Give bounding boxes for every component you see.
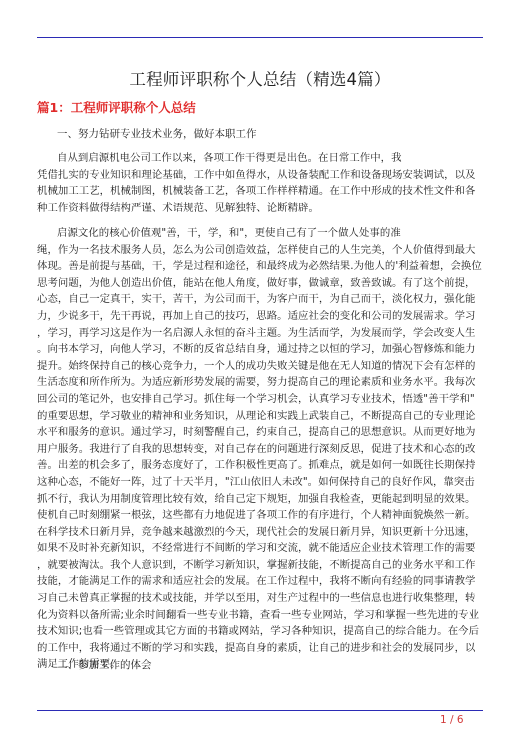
paragraph-line: 如果不及时补充新知识，不经常进行不间断的学习和交流，就不能适应企业技术管理工作的…	[37, 540, 487, 557]
footer-rule	[37, 710, 483, 711]
paragraph-1: 自从到启源机电公司工作以来，各项工作干得更是出色。在日常工作中，我 凭借扎实的专…	[37, 150, 487, 216]
paragraph-line: 化为资料以备所需;业余时间翻看一些专业书籍，查看一些专业网站，学习和掌握一些先进…	[37, 607, 487, 624]
header-rule	[37, 37, 483, 38]
paragraph-line: 的工作中，我将通过不断的学习和实践，提高自身的素质，让自己的进步和社会的发展同步…	[37, 640, 487, 657]
paragraph-line: 心态，自己一定真干，实干，苦干，为公司而干，为客户而干，为自己而干，淡化权力，强…	[37, 291, 487, 308]
paragraph-line: 思考问题，为他人创造出价值，能站在他人角度，做好事，做诚章，致善致诚。有了这个前…	[37, 275, 487, 292]
paragraph-2: 启源文化的核心价值观"善，干，学，和"，更使自己有了一个做人处事的准 绳，作为一…	[37, 225, 487, 673]
paragraph-line: 习自己未曾真正掌握的技术或技能，并学以至用，对生产过程中的一些信息也进行收集整理…	[37, 590, 487, 607]
paragraph-line: ，就要被淘汰。我个人意识到，不断学习新知识，掌握新技能，不断提高自己的业务水平和…	[37, 557, 487, 574]
paragraph-line: ，学习，再学习这是作为一名启源人永恒的奋斗主题。为生活而学，为发展而学，学会改变…	[37, 325, 487, 342]
section-heading: 篇1：工程师评职称个人总结	[37, 98, 196, 116]
paragraph-line: 启源文化的核心价值观"善，干，学，和"，更使自己有了一个做人处事的准	[37, 225, 487, 242]
paragraph-line: 。向书本学习，向他人学习，不断的反省总结自身，通过持之以恒的学习，加强心智修炼和…	[37, 341, 487, 358]
paragraph-line: 提升。始终保持自己的核心竞争力，一个人的成功失败关键是他在无人知道的情况下会有怎…	[37, 358, 487, 375]
paragraph-line: 体现。善是前提与基础，干，学是过程和途径，和最终成为必然结果.为他人的'利益着想…	[37, 258, 487, 275]
paragraph-line: 这种心态，不能好一阵，过了十天半月，"江山依旧人未改"。如何保持自己的良好作风，…	[37, 474, 487, 491]
paragraph-line: 的重要思想，学习敬业的精神和业务知识，从理论和实践上武装自己，不断提高自己的专业…	[37, 408, 487, 425]
document-title: 工程师评职称个人总结（精选4篇）	[0, 66, 520, 90]
paragraph-line: 凭借扎实的专业知识和理论基础，工作中如鱼得水，从设备装配工作和设备现场安装调试，…	[37, 167, 487, 184]
paragraph-line: 绳，作为一名技术服务人员，怎么为公司创造效益，怎样使自己的人生完美，个人价值得到…	[37, 242, 487, 259]
paragraph-line: 力，少说多干，先干再说，再加上自己的技巧，思路。适应社会的变化和公司的发展需求。…	[37, 308, 487, 325]
paragraph-line: 回公司的笔记外，也安排自己学习。抓住每一个学习机会，认真学习专业技术，悟透"善干…	[37, 391, 487, 408]
paragraph-line: 技术知识;也看一些管理或其它方面的书籍或网站，学习各种知识，提高自己的综合能力。…	[37, 623, 487, 640]
paragraph-line: 使机自己时刻绷紧一根弦，这些都有力地促进了各项工作的有序进行，个人精神面貌焕然一…	[37, 507, 487, 524]
paragraph-line: 生活态度和所作所为。为适应新形势发展的需要，努力提高自己的理论素质和业务水平。我…	[37, 374, 487, 391]
paragraph-line: 自从到启源机电公司工作以来，各项工作干得更是出色。在日常工作中，我	[37, 150, 487, 167]
paragraph-line: 种工作资料做得结构严谨、术语规范、见解独特、论断精辟。	[37, 200, 487, 217]
paragraph-line: 水平和服务的意识。通过学习，时刻警醒自己，约束自己，提高自己的思想意识。从而更好…	[37, 424, 487, 441]
paragraph-line: 在科学技术日新月异，竞争越来越激烈的今天，现代社会的发展日新月异，知识更新十分迅…	[37, 524, 487, 541]
paragraph-line: 用户服务。我进行了自我的思想转变，对自己存在的问题进行深刻反思，促进了技术和心态…	[37, 441, 487, 458]
sub-heading-1: 一、努力钻研专业技术业务，做好本职工作	[57, 126, 257, 141]
paragraph-line: 抓不行，我认为用制度管理比较有效，给自己定下规矩，加强自我检查，更能起到明显的效…	[37, 491, 487, 508]
sub-heading-2: 二、参加工作的体会	[57, 657, 152, 672]
paragraph-line: 技能，才能满足工作的需求和适应社会的发展。在工作过程中，我将不断向有经验的同事请…	[37, 573, 487, 590]
page-indicator: 1 / 6	[440, 714, 464, 726]
paragraph-line: 善。出差的机会多了，服务态度好了，工作积极性更高了。抓难点，就是如何一如既往长期…	[37, 457, 487, 474]
paragraph-line: 机械加工工艺，机械制图，机械装备工艺，各项工作样样精通。在工作中形成的技术性文件…	[37, 183, 487, 200]
